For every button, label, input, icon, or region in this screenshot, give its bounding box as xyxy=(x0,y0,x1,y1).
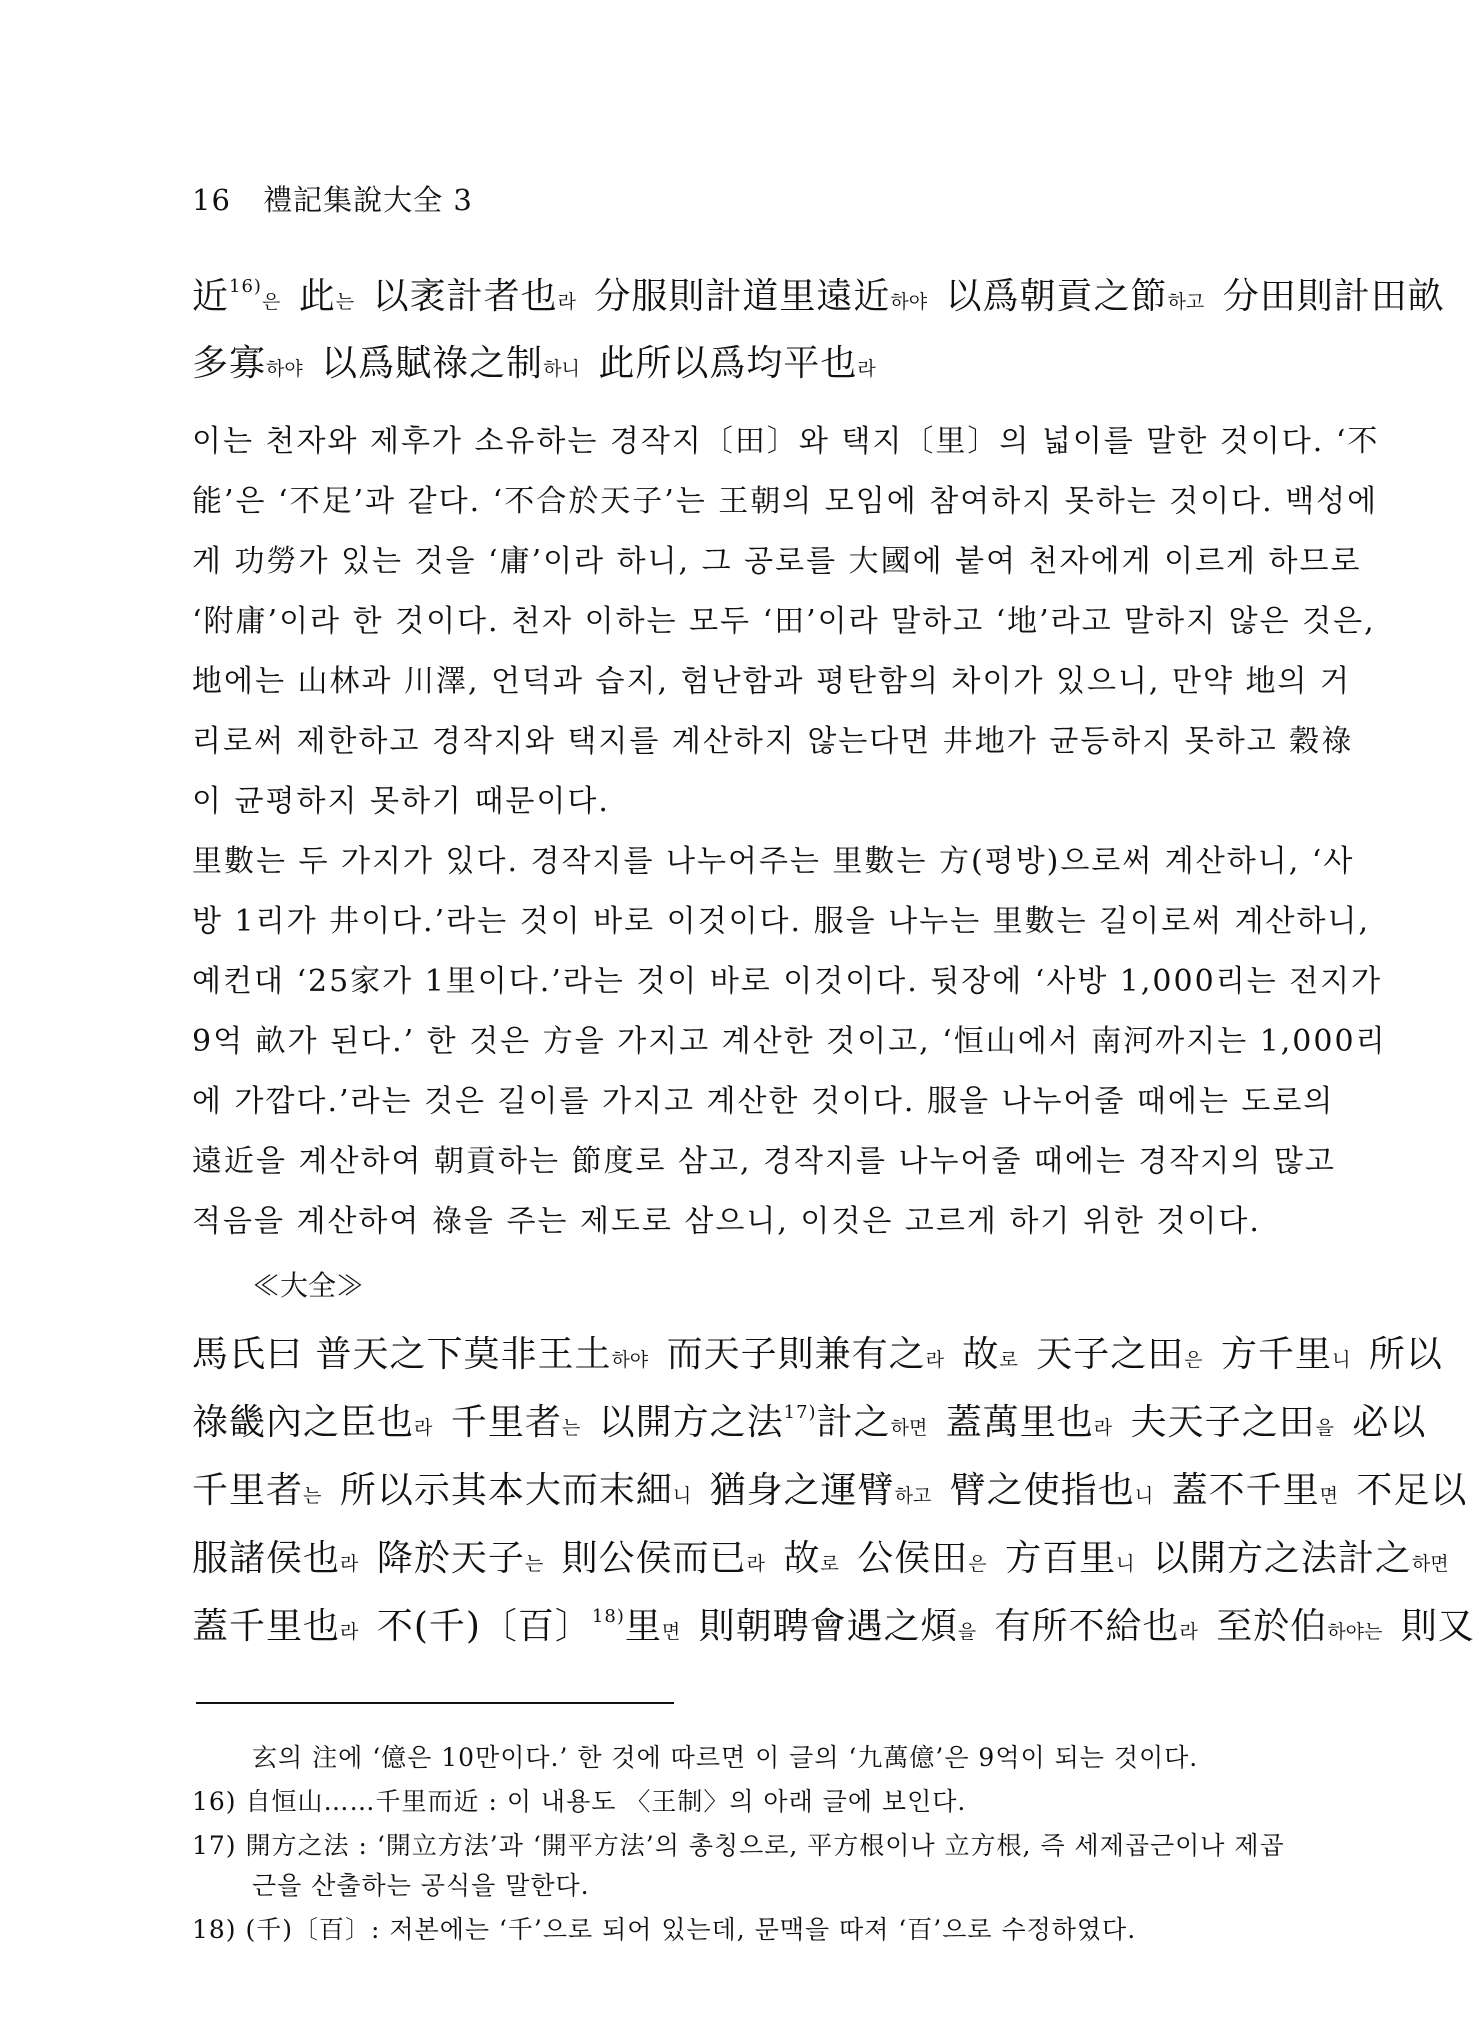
classical-text: 以開方之法計之 xyxy=(1140,1538,1411,1579)
korean-gloss: 면 xyxy=(662,1621,680,1643)
classical-text: 此所以爲均平也 xyxy=(586,343,857,384)
korean-gloss: 라 xyxy=(340,1621,358,1643)
korean-gloss: 는 xyxy=(562,1417,580,1439)
korean-gloss: 하고 xyxy=(1168,291,1205,313)
korean-gloss: 라 xyxy=(558,291,576,313)
translation-line: 遠近을 계산하여 朝貢하는 節度로 삼고, 경작지를 나누어줄 때에는 경작지의… xyxy=(192,1136,1336,1180)
classical-text: 馬氏曰 普天之下莫非王土 xyxy=(192,1334,611,1375)
korean-gloss: 하야 xyxy=(611,1349,648,1371)
page-number: 16 xyxy=(192,183,231,217)
korean-gloss: 하면 xyxy=(891,1417,928,1439)
classical-line: 馬氏曰 普天之下莫非王土하야 而天子則兼有之라 故로 天子之田은 方千里니 所以 xyxy=(192,1326,1443,1377)
translation-line: 能’은 ‘不足’과 같다. ‘不合於天子’는 王朝의 모임에 참여하지 못하는 … xyxy=(192,476,1378,520)
translation-line: 里數는 두 가지가 있다. 경작지를 나누어주는 里數는 方(평방)으로써 계산… xyxy=(192,836,1354,880)
classical-line: 蓋千里也라 不(千)〔百〕18)里면 則朝聘會遇之煩을 有所不給也라 至於伯하야… xyxy=(192,1598,1475,1649)
classical-text: 則朝聘會遇之煩 xyxy=(686,1606,957,1647)
section-label: ≪大全≫ xyxy=(252,1264,364,1304)
classical-text: 祿畿內之臣也 xyxy=(192,1402,414,1443)
footnote-17-cont: 근을 산출하는 공식을 말한다. xyxy=(252,1866,590,1902)
classical-line: 千里者는 所以示其本大而末細니 猶身之運臂하고 臂之使指也니 蓋不千里면 不足以 xyxy=(192,1462,1467,1513)
classical-text: 所以 xyxy=(1356,1334,1442,1375)
classical-text: 夫天子之田 xyxy=(1118,1402,1315,1443)
korean-gloss: 니 xyxy=(1332,1349,1350,1371)
korean-gloss: 면 xyxy=(1320,1485,1338,1507)
korean-gloss: 로 xyxy=(820,1553,838,1575)
footnote-divider xyxy=(196,1702,674,1704)
korean-gloss: 라 xyxy=(857,358,875,380)
footnote-17: 17) 開方之法 : ‘開立方法’과 ‘開平方法’의 총칭으로, 平方根이나 立… xyxy=(192,1826,1285,1862)
classical-text: 計之 xyxy=(817,1402,891,1443)
classical-text: 以爲賦祿之制 xyxy=(309,343,543,384)
korean-gloss: 니 xyxy=(673,1485,691,1507)
classical-line: 祿畿內之臣也라 千里者는 以開方之法17)計之하면 蓋萬里也라 夫天子之田을 必… xyxy=(192,1394,1426,1445)
classical-text: 不(千)〔百〕 xyxy=(364,1606,592,1647)
translation-line: 이 균평하지 못하기 때문이다. xyxy=(192,776,610,820)
classical-text: 臂之使指也 xyxy=(937,1470,1134,1511)
korean-gloss: 니 xyxy=(1116,1553,1134,1575)
korean-gloss: 는 xyxy=(525,1553,543,1575)
translation-line: 이는 천자와 제후가 소유하는 경작지〔田〕와 택지〔里〕의 넓이를 말한 것이… xyxy=(192,416,1379,460)
translation-line: ‘附庸’이라 한 것이다. 천자 이하는 모두 ‘田’이라 말하고 ‘地’라고 … xyxy=(192,596,1376,640)
classical-text: 蓋萬里也 xyxy=(933,1402,1093,1443)
classical-text: 蓋千里也 xyxy=(192,1606,340,1647)
translation-line: 9억 畝가 된다.’ 한 것은 方을 가지고 계산한 것이고, ‘恒山에서 南河… xyxy=(192,1016,1387,1060)
translation-line: 방 1리가 井이다.’라는 것이 바로 이것이다. 服을 나누는 里數는 길이로… xyxy=(192,896,1370,940)
classical-text: 故 xyxy=(771,1538,820,1579)
classical-text: 里 xyxy=(625,1606,662,1647)
classical-text: 多寡 xyxy=(192,343,266,384)
classical-text: 而天子則兼有之 xyxy=(654,1334,925,1375)
korean-gloss: 은 xyxy=(262,291,280,313)
classical-text: 降於天子 xyxy=(364,1538,524,1579)
korean-gloss: 라 xyxy=(1180,1621,1198,1643)
korean-gloss: 하야는 xyxy=(1327,1621,1382,1643)
classical-text: 方百里 xyxy=(993,1538,1116,1579)
korean-gloss: 라 xyxy=(926,1349,944,1371)
classical-text: 有所不給也 xyxy=(982,1606,1179,1647)
classical-text: 則公侯而已 xyxy=(549,1538,746,1579)
classical-text: 此 xyxy=(286,276,335,317)
classical-text: 以爲朝貢之節 xyxy=(933,276,1167,317)
korean-gloss: 은 xyxy=(1184,1349,1202,1371)
classical-text: 千里者 xyxy=(438,1402,561,1443)
classical-text: 以開方之法 xyxy=(586,1402,783,1443)
korean-gloss: 하야 xyxy=(266,358,303,380)
classical-text: 公侯田 xyxy=(845,1538,968,1579)
korean-gloss: 을 xyxy=(958,1621,976,1643)
classical-text: 服諸侯也 xyxy=(192,1538,340,1579)
classical-text: 天子之田 xyxy=(1024,1334,1184,1375)
korean-gloss: 라 xyxy=(1094,1417,1112,1439)
korean-gloss: 하니 xyxy=(543,358,580,380)
running-header: 16 禮記集說大全 3 xyxy=(192,178,473,219)
korean-gloss: 니 xyxy=(1135,1485,1153,1507)
korean-gloss: 은 xyxy=(968,1553,986,1575)
classical-text: 所以示其本大而末細 xyxy=(327,1470,672,1511)
translation-line: 적음을 계산하여 祿을 주는 제도로 삼으니, 이것은 고르게 하기 위한 것이… xyxy=(192,1196,1261,1240)
korean-gloss: 라 xyxy=(340,1553,358,1575)
classical-text: 近 xyxy=(192,276,229,317)
classical-text: 必以 xyxy=(1340,1402,1426,1443)
footnote-ref: 18) xyxy=(592,1606,625,1627)
footnote-18: 18) (千)〔百〕: 저본에는 ‘千’으로 되어 있는데, 문맥을 따져 ‘百… xyxy=(192,1910,1136,1946)
korean-gloss: 로 xyxy=(999,1349,1017,1371)
translation-line: 에 가깝다.’라는 것은 길이를 가지고 계산한 것이다. 服을 나누어줄 때에… xyxy=(192,1076,1334,1120)
classical-line: 服諸侯也라 降於天子는 則公侯而已라 故로 公侯田은 方百里니 以開方之法計之하… xyxy=(192,1530,1455,1581)
translation-line: 리로써 제한하고 경작지와 택지를 계산하지 않는다면 井地가 균등하지 못하고… xyxy=(192,716,1353,760)
classical-text: 不足以 xyxy=(1344,1470,1467,1511)
classical-line: 多寡하야 以爲賦祿之制하니 此所以爲均平也라 xyxy=(192,335,882,386)
classical-text: 至於伯 xyxy=(1204,1606,1327,1647)
classical-text: 以袤計者也 xyxy=(360,276,557,317)
korean-gloss: 는 xyxy=(303,1485,321,1507)
classical-text: 蓋不千里 xyxy=(1159,1470,1319,1511)
korean-gloss: 을 xyxy=(1316,1417,1334,1439)
translation-line: 예컨대 ‘25家가 1里이다.’라는 것이 바로 이것이다. 뒷장에 ‘사방 1… xyxy=(192,956,1382,1000)
classical-text: 分服則計道里遠近 xyxy=(582,276,890,317)
book-title: 禮記集說大全 3 xyxy=(263,183,473,217)
translation-line: 地에는 山林과 川澤, 언덕과 습지, 험난함과 평탄함의 차이가 있으니, 만… xyxy=(192,656,1351,700)
footnote-ref: 17) xyxy=(784,1402,817,1423)
korean-gloss: 하고 xyxy=(895,1485,932,1507)
footnote-continued: 玄의 注에 ‘億은 10만이다.’ 한 것에 따르면 이 글의 ‘九萬億’은 9… xyxy=(252,1738,1198,1774)
translation-line: 게 功勞가 있는 것을 ‘庸’이라 하니, 그 공로를 大國에 붙여 천자에게 … xyxy=(192,536,1362,580)
classical-text: 分田則計田畝 xyxy=(1210,276,1444,317)
korean-gloss: 는 xyxy=(336,291,354,313)
classical-text: 故 xyxy=(950,1334,999,1375)
classical-text: 猶身之運臂 xyxy=(697,1470,894,1511)
footnote-ref: 16) xyxy=(229,276,262,297)
korean-gloss: 하면 xyxy=(1412,1553,1449,1575)
classical-line: 近16)은 此는 以袤計者也라 分服則計道里遠近하야 以爲朝貢之節하고 分田則計… xyxy=(192,268,1445,319)
footnote-16: 16) 自恒山……千里而近 : 이 내용도 〈王制〉의 아래 글에 보인다. xyxy=(192,1782,966,1818)
korean-gloss: 라 xyxy=(414,1417,432,1439)
book-page: 16 禮記集說大全 3 近16)은 此는 以袤計者也라 分服則計道里遠近하야 以… xyxy=(0,0,1480,2024)
classical-text: 千里者 xyxy=(192,1470,303,1511)
classical-text: 方千里 xyxy=(1209,1334,1332,1375)
korean-gloss: 하야 xyxy=(890,291,927,313)
korean-gloss: 라 xyxy=(747,1553,765,1575)
classical-text: 則又 xyxy=(1388,1606,1474,1647)
